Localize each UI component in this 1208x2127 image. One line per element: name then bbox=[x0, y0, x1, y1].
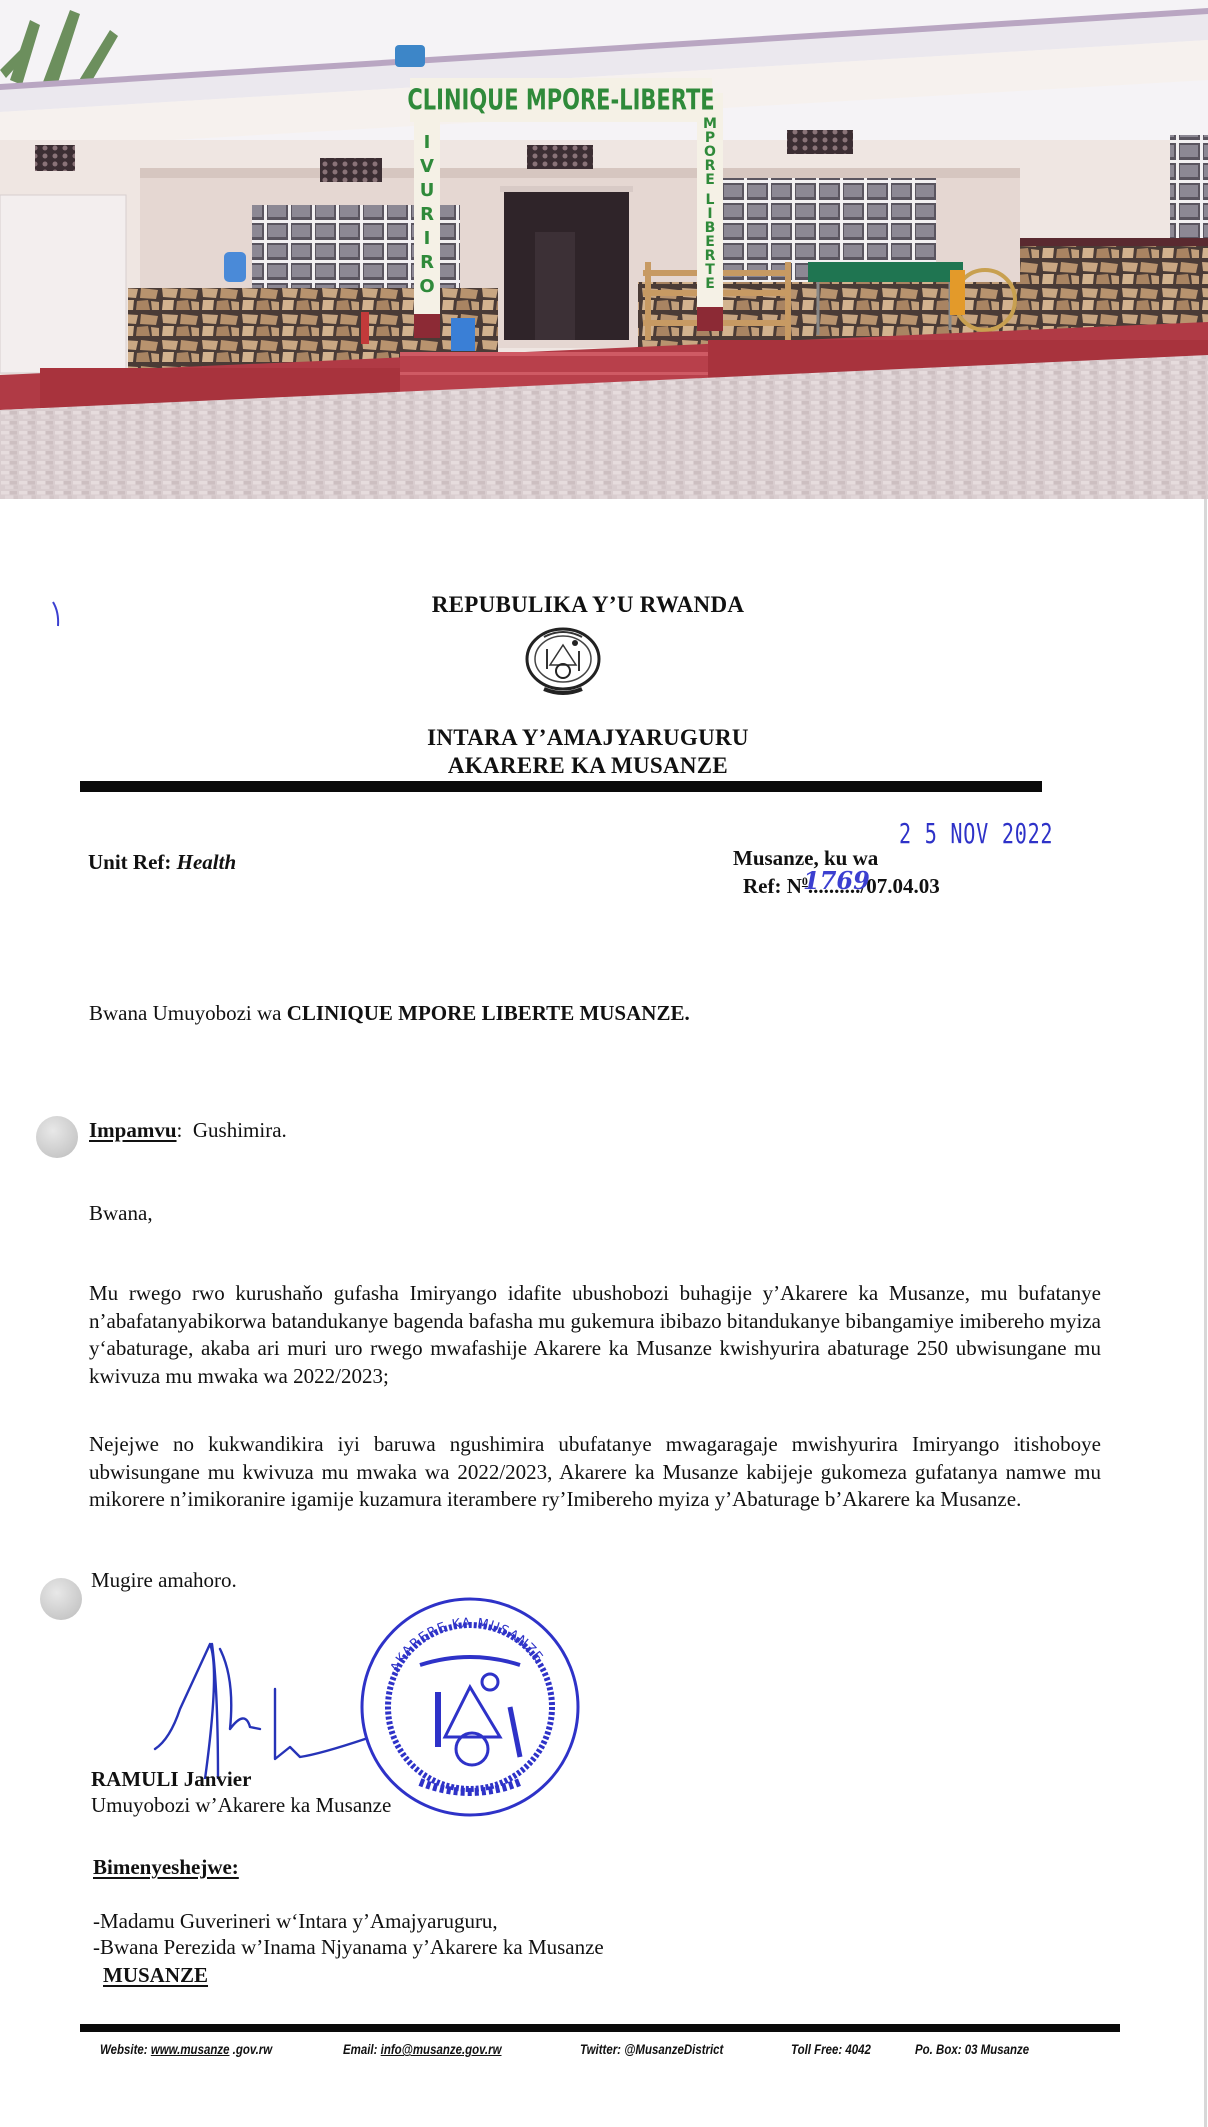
body-paragraph-1: Mu rwego rwo kurushaňo gufasha Imiryango… bbox=[89, 1280, 1101, 1390]
letterhead-province: INTARA Y’AMAJYARUGURU bbox=[288, 725, 888, 751]
svg-text:E: E bbox=[705, 276, 715, 292]
ref-suffix: /07.04.03 bbox=[860, 874, 939, 898]
addressee-name: CLINIQUE MPORE LIBERTE MUSANZE. bbox=[287, 1001, 690, 1025]
subject-label: Impamvu bbox=[89, 1118, 177, 1142]
signatory-name: RAMULI Janvier bbox=[91, 1767, 251, 1792]
cc-recipient: -Madamu Guverineri w‘Intara y’Amajyarugu… bbox=[93, 1909, 498, 1934]
unit-ref-value: Health bbox=[177, 850, 237, 874]
svg-text:O: O bbox=[419, 276, 434, 297]
paragraph-text: Mu rwego rwo kurushaňo gufasha Imiryango… bbox=[89, 1280, 1101, 1390]
svg-text:I: I bbox=[424, 132, 431, 153]
subject-line: Impamvu: Gushimira. bbox=[89, 1118, 287, 1143]
email-label: Email: bbox=[343, 2042, 377, 2057]
ref-label: Ref: N bbox=[743, 874, 802, 898]
website-link[interactable]: www.musanze bbox=[151, 2042, 230, 2057]
footer-website: Website: www.musanze .gov.rw bbox=[100, 2042, 272, 2057]
svg-text:R: R bbox=[420, 252, 434, 273]
clinic-sign-text: CLINIQUE MPORE-LIBERTE bbox=[407, 83, 714, 116]
subject-value: Gushimira. bbox=[193, 1118, 287, 1142]
footer-toll-free: Toll Free: 4042 bbox=[791, 2042, 871, 2057]
website-label: Website: bbox=[100, 2042, 148, 2057]
cc-recipient: -Bwana Perezida w’Inama Njyanama y’Akare… bbox=[93, 1935, 604, 1960]
reference-number: Ref: N0..1769......../07.04.03 bbox=[743, 874, 940, 899]
coat-of-arms-icon bbox=[522, 623, 604, 699]
date-stamp: 2 5 NOV 2022 bbox=[899, 817, 1053, 850]
cc-heading: Bimenyeshejwe: bbox=[93, 1855, 239, 1880]
svg-text:U: U bbox=[420, 180, 435, 201]
footer-twitter: Twitter: @MusanzeDistrict bbox=[580, 2042, 723, 2057]
svg-text:R: R bbox=[420, 204, 434, 225]
svg-text:E: E bbox=[705, 172, 715, 188]
svg-text:AKARERE KA MUSANZE: AKARERE KA MUSANZE bbox=[388, 1616, 546, 1675]
stamp-text: AKARERE KA MUSANZE bbox=[388, 1616, 546, 1675]
svg-text:I: I bbox=[424, 228, 431, 249]
footer-rule bbox=[80, 2024, 1120, 2032]
closing: Mugire amahoro. bbox=[91, 1568, 237, 1593]
footer-po-box: Po. Box: 03 Musanze bbox=[915, 2042, 1029, 2057]
addressee: Bwana Umuyobozi wa CLINIQUE MPORE LIBERT… bbox=[89, 1001, 690, 1026]
website-suffix: .gov.rw bbox=[229, 2042, 272, 2057]
header-rule bbox=[80, 781, 1042, 792]
unit-ref-label: Unit Ref: bbox=[88, 850, 171, 874]
letter-page: REPUBULIKA Y’U RWANDA INTARA Y’AMAJYARUG… bbox=[0, 499, 1207, 2127]
ink-mark-icon bbox=[50, 600, 66, 630]
punch-hole bbox=[40, 1578, 82, 1620]
body-paragraph-2: Nejejwe no kukwandikira iyi baruwa ngush… bbox=[89, 1431, 1101, 1514]
letterhead-district: AKARERE KA MUSANZE bbox=[288, 753, 888, 779]
footer-email: Email: info@musanze.gov.rw bbox=[343, 2042, 501, 2057]
punch-hole bbox=[36, 1116, 78, 1158]
svg-text:V: V bbox=[420, 156, 434, 177]
addressee-prefix: Bwana Umuyobozi wa bbox=[89, 1001, 287, 1025]
ref-handwritten: 1769 bbox=[803, 866, 870, 895]
letterhead-republic: REPUBULIKA Y’U RWANDA bbox=[288, 592, 888, 618]
official-stamp: AKARERE KA MUSANZE bbox=[350, 1587, 590, 1827]
subject-separator: : bbox=[177, 1118, 183, 1142]
cc-location: MUSANZE bbox=[103, 1963, 208, 1988]
email-link[interactable]: info@musanze.gov.rw bbox=[381, 2042, 502, 2057]
unit-ref: Unit Ref: Health bbox=[88, 850, 236, 875]
salutation: Bwana, bbox=[89, 1201, 153, 1226]
signatory-title: Umuyobozi w’Akarere ka Musanze bbox=[91, 1793, 391, 1818]
paragraph-text: Nejejwe no kukwandikira iyi baruwa ngush… bbox=[89, 1431, 1101, 1514]
signature-icon bbox=[150, 1629, 370, 1779]
clinic-photo: CLINIQUE MPORE-LIBERTE IVURIRO MPORE LIB… bbox=[0, 0, 1208, 499]
